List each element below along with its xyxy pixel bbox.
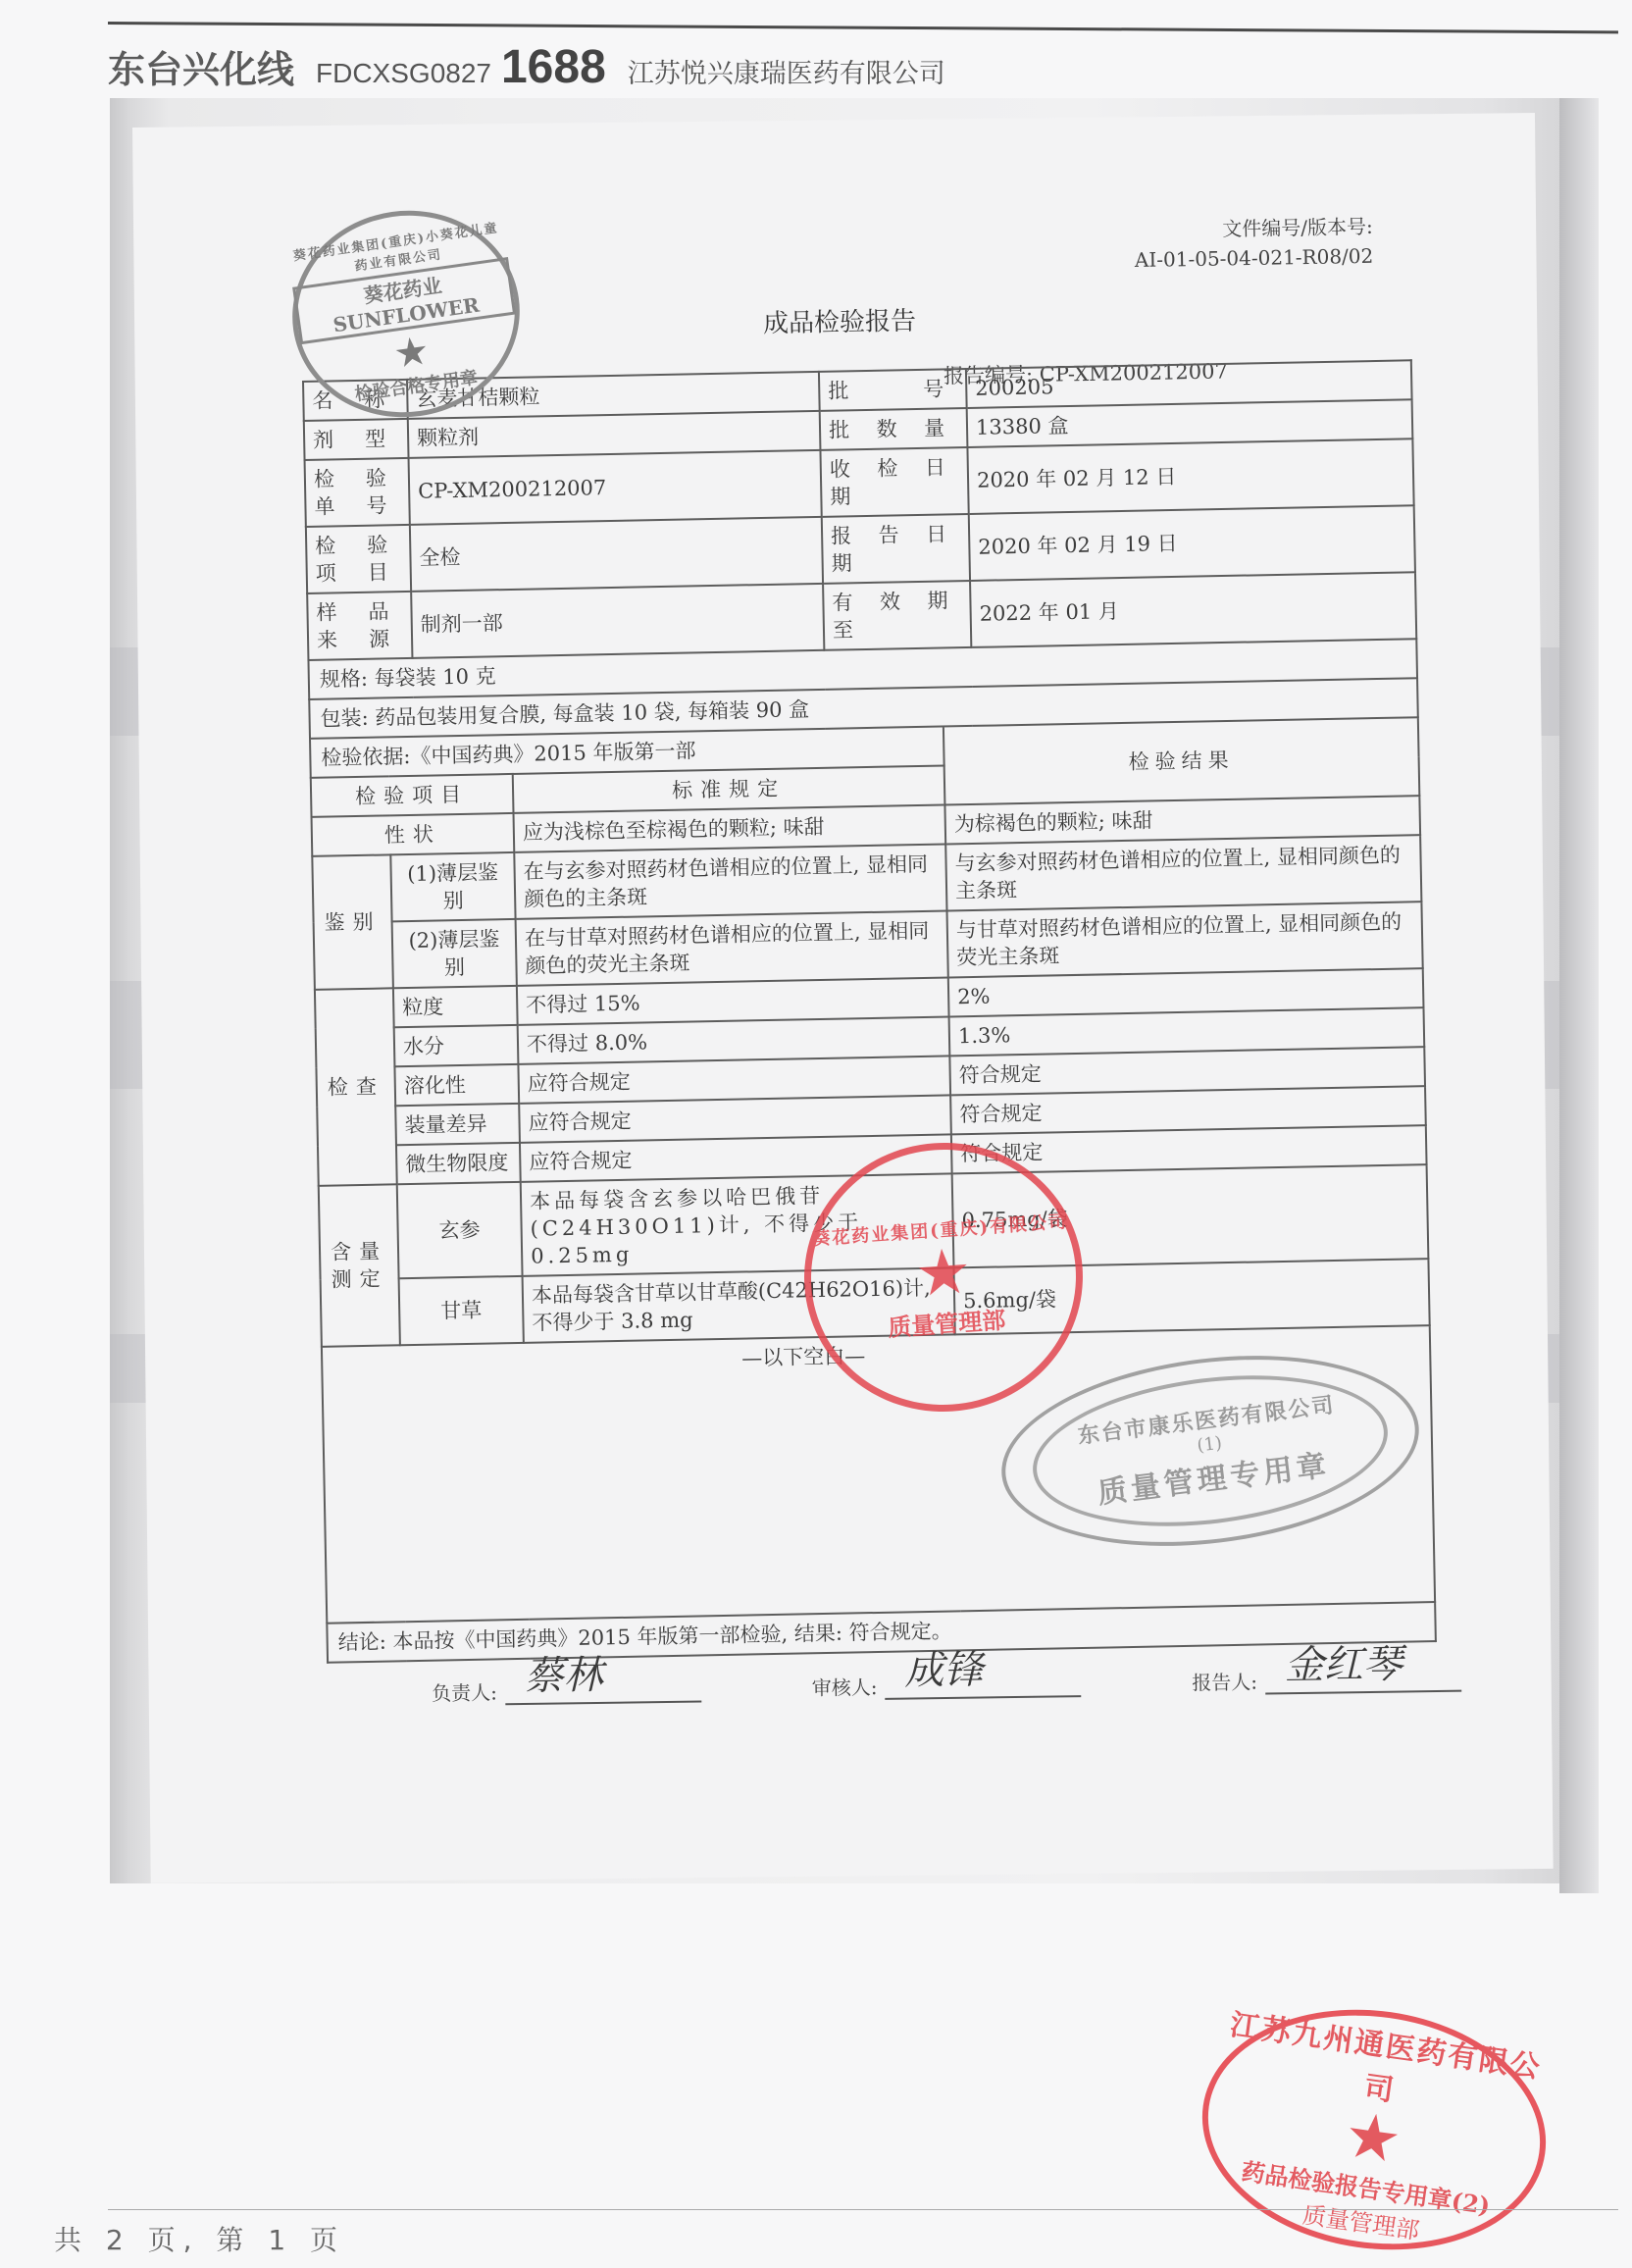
document-number: 文件编号/版本号: AI-01-05-04-021-R08/02 [1127, 212, 1373, 275]
star-icon: ★ [391, 331, 432, 375]
star-icon: ★ [1341, 2103, 1405, 2173]
signature-reviewer: 审核人: 成锋 [811, 1656, 1081, 1701]
handwritten-signature: 金红琴 [1284, 1633, 1402, 1691]
info-table: 名称 玄麦甘桔颗粒 批号 200205 剂型 颗粒剂 批数量 13380 盒 检… [302, 359, 1419, 740]
page-indicator: 共 2 页, 第 1 页 [54, 2219, 345, 2258]
top-rule [108, 22, 1618, 33]
signature-responsible: 负责人: 蔡林 [432, 1661, 701, 1706]
header-result: 检验结果 [943, 718, 1419, 804]
fax-header: 东台兴化线 FDCXSG0827 1688 江苏悦兴康瑞医药有限公司 [108, 39, 945, 98]
handwritten-signature: 成锋 [904, 1638, 984, 1695]
group-inspection: 检查 [315, 988, 397, 1185]
route-number: 1688 [501, 40, 606, 94]
drug-inspection-report-stamp: 江苏九州通医药有限公司 ★ 药品检验报告专用章(2) 质量管理部 [1187, 1988, 1561, 2268]
route-code: FDCXSG0827 [316, 58, 491, 89]
scan-edge-shadow [1559, 98, 1599, 1893]
group-identification: 鉴别 [312, 854, 393, 990]
handwritten-signature: 蔡林 [524, 1644, 603, 1701]
footer-rule [108, 2209, 1618, 2210]
group-assay: 含量测定 [319, 1184, 400, 1347]
header-item: 检验项目 [311, 774, 514, 817]
signature-reporter: 报告人: 金红琴 [1192, 1622, 1462, 1696]
report-title: 成品检验报告 [763, 301, 917, 340]
route-name: 东台兴化线 [108, 39, 294, 93]
star-icon: ★ [913, 1240, 974, 1307]
header-company: 江苏悦兴康瑞医药有限公司 [628, 52, 945, 90]
